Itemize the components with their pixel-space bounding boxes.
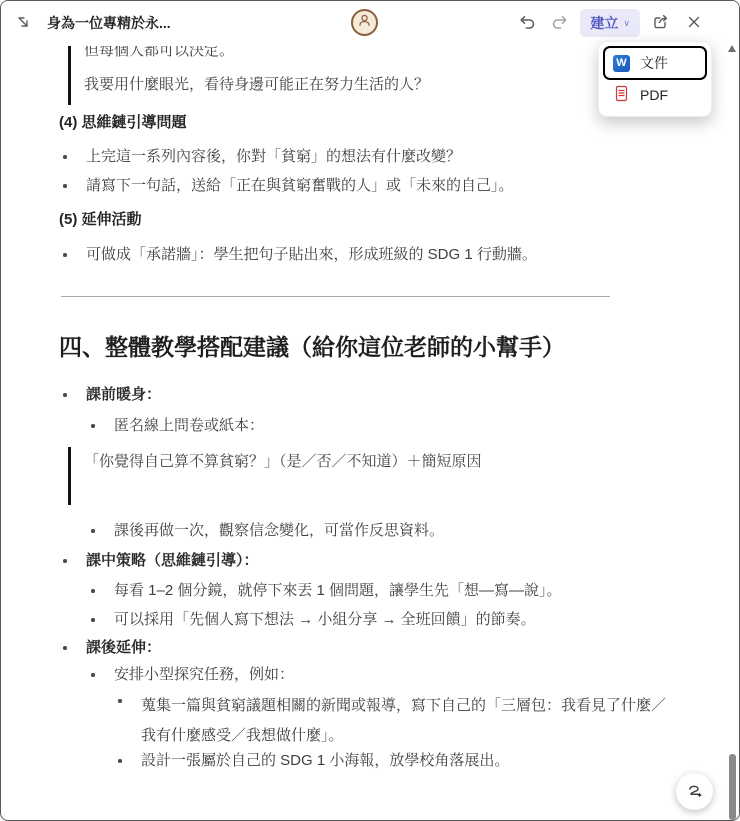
vertical-scrollbar[interactable]	[726, 1, 739, 820]
list-item-after-class: 課後延伸：	[1, 638, 676, 658]
expand-button[interactable]	[9, 9, 37, 37]
heading-extension-activity: (5) 延伸活動	[59, 210, 676, 230]
quote-line: 我要用什麼眼光，看待身邊可能正在努力生活的人？	[84, 75, 676, 95]
list-item: 請寫下一句話，送給「正在與貧窮奮戰的人」或「未來的自己」。	[1, 176, 676, 196]
toolbar: 身為一位專精於永... 建立 ∨	[1, 1, 726, 46]
pdf-icon	[613, 85, 630, 105]
list-item: 蒐集一篇與貧窮議題相關的新聞或報導，寫下自己的「三層包：我看見了什麼／我有什麼感…	[1, 691, 676, 751]
document-title: 身為一位專精於永...	[47, 13, 171, 33]
redo-icon	[551, 12, 570, 34]
list-item: 可以採用「先個人寫下想法 → 小組分享 → 全班回饋」的節奏。	[1, 610, 676, 630]
list-item: 設計一張屬於自己的 SDG 1 小海報，放學校角落展出。	[1, 751, 676, 771]
undo-button[interactable]	[512, 9, 540, 37]
list-item: 每看 1–2 個分鏡，就停下來丟 1 個問題，讓學生先「想—寫—說」。	[1, 581, 676, 601]
list-item-mid-strategy: 課中策略（思維鏈引導）：	[1, 551, 676, 571]
section-divider	[61, 296, 610, 297]
list-item: 上完這一系列內容後，你對「貧窮」的想法有什麼改變？	[1, 147, 676, 167]
create-button-label: 建立	[590, 13, 618, 33]
create-button[interactable]: 建立 ∨	[580, 9, 640, 37]
undo-icon	[517, 12, 536, 34]
close-button[interactable]	[680, 9, 708, 37]
share-button[interactable]	[646, 9, 674, 37]
scrollbar-up-arrow-icon[interactable]	[728, 45, 736, 52]
menu-item-pdf[interactable]: PDF	[604, 79, 706, 111]
redo-button[interactable]	[546, 9, 574, 37]
menu-item-label: 文件	[640, 53, 668, 73]
scrollbar-thumb[interactable]	[729, 754, 736, 820]
menu-item-label: PDF	[640, 87, 668, 103]
document-body: 但每個人都可以決定。 我要用什麼眼光，看待身邊可能正在努力生活的人？ (4) 思…	[1, 1, 726, 820]
list-item: 課後再做一次，觀察信念變化，可當作反思資料。	[1, 521, 676, 541]
list-item-warmup: 課前暖身：	[1, 385, 676, 405]
list-item: 匿名線上問卷或紙本：	[1, 416, 676, 436]
person-icon	[357, 13, 372, 33]
blockquote-survey: 「你覺得自己算不算貧窮？」（是／否／不知道）＋簡短原因	[68, 447, 676, 505]
word-icon: W	[613, 55, 630, 72]
share-icon	[651, 12, 670, 34]
close-icon	[685, 13, 703, 34]
quote-line: 「你覺得自己算不算貧窮？」（是／否／不知道）＋簡短原因	[84, 452, 676, 472]
expand-diagonal-icon	[14, 13, 32, 34]
quote-gap	[84, 61, 676, 75]
menu-item-word-document[interactable]: W 文件	[604, 47, 706, 79]
heading-cot-questions: (4) 思維鏈引導問題	[59, 113, 676, 133]
list-item: 可做成「承諾牆」：學生把句子貼出來，形成班級的 SDG 1 行動牆。	[1, 245, 676, 265]
blockquote-top: 但每個人都可以決定。 我要用什麼眼光，看待身邊可能正在努力生活的人？	[68, 41, 676, 105]
avatar[interactable]	[351, 9, 378, 36]
rewrite-fab-button[interactable]	[676, 773, 713, 810]
document-preview-window: 但每個人都可以決定。 我要用什麼眼光，看待身邊可能正在努力生活的人？ (4) 思…	[0, 0, 740, 821]
section-title: 四、整體教學搭配建議（給你這位老師的小幫手）	[59, 330, 626, 364]
list-item: 安排小型探究任務，例如：	[1, 665, 676, 685]
rewrite-sparkle-icon	[685, 780, 705, 803]
create-dropdown-menu: W 文件 PDF	[598, 41, 712, 117]
chevron-down-icon: ∨	[623, 18, 630, 29]
